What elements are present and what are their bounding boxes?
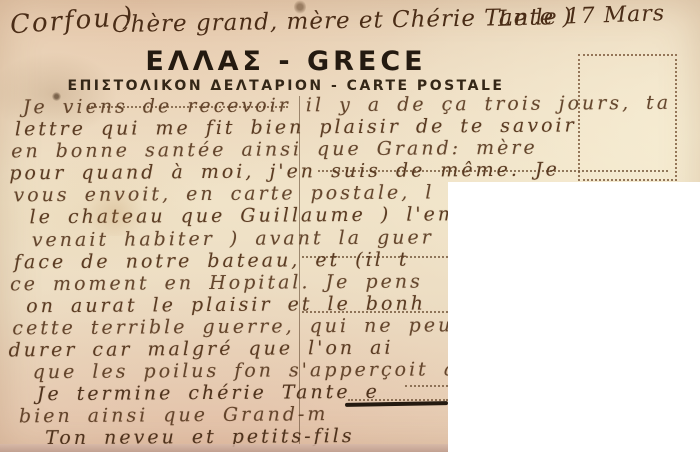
printed-header: ΕΛΛΑΣ - GRECE ΕΠΙΣΤΟΛΙΚΟΝ ΔΕΛΤΑΡΙΟΝ - CA… <box>0 48 572 94</box>
paper-stain <box>80 190 150 236</box>
paper-bottom-edge <box>0 444 450 452</box>
card-type-title: ΕΠΙΣΤΟΛΙΚΟΝ ΔΕΛΤΑΡΙΟΝ - CARTE POSTALE <box>0 78 572 94</box>
postcard-scan: Corfou ) Chère grand, mère et Chérie Tan… <box>0 0 700 452</box>
date-annotation: Le le 17 Mars <box>498 1 666 32</box>
white-occlusion-area <box>448 182 700 452</box>
ink-spot <box>52 92 61 101</box>
country-title: ΕΛΛΑΣ - GRECE <box>0 48 572 76</box>
message-line: Je viens de recevoir il y a de ça trois … <box>23 92 695 119</box>
ink-spot <box>294 0 306 14</box>
